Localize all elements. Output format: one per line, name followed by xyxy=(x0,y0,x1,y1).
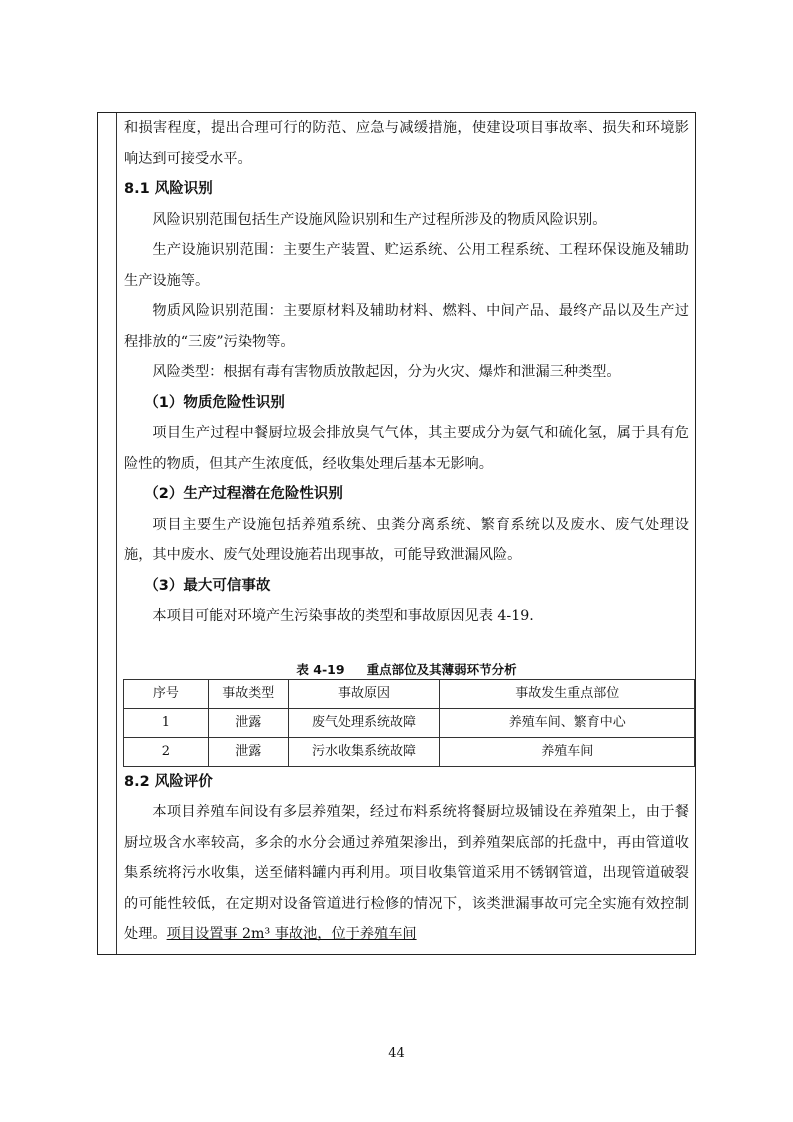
subheading-material-hazard: （1）物质危险性识别 xyxy=(124,388,689,419)
paragraph: 风险类型：根据有毒有害物质放散起因，分为火灾、爆炸和泄漏三种类型。 xyxy=(124,357,689,388)
subheading-process-hazard: （2）生产过程潜在危险性识别 xyxy=(124,479,689,510)
table-cell: 2 xyxy=(124,737,209,766)
left-column-divider xyxy=(116,113,117,954)
paragraph: 物质风险识别范围：主要原材料及辅助材料、燃料、中间产品、最终产品以及生产过程排放… xyxy=(124,296,689,357)
table-cell: 1 xyxy=(124,708,209,737)
section-heading-8-2: 8.2 风险评价 xyxy=(124,767,689,798)
table-cell: 废气处理系统故障 xyxy=(288,708,440,737)
table-caption: 表 4-19重点部位及其薄弱环节分析 xyxy=(124,661,689,679)
paragraph: 项目生产过程中餐厨垃圾会排放臭气气体，其主要成分为氨气和硫化氢，属于具有危险性的… xyxy=(124,418,689,479)
table-cell: 泄露 xyxy=(208,737,288,766)
table-cell: 养殖车间、繁育中心 xyxy=(440,708,695,737)
content-frame: 和损害程度，提出合理可行的防范、应急与减缓措施，使建设项目事故率、损失和环境影响… xyxy=(97,112,696,955)
table-header-cell: 事故类型 xyxy=(208,679,288,708)
paragraph: 本项目养殖车间设有多层养殖架，经过布料系统将餐厨垃圾铺设在养殖架上，由于餐厨垃圾… xyxy=(124,797,689,950)
table-header-cell: 序号 xyxy=(124,679,209,708)
subheading-max-credible-accident: （3）最大可信事故 xyxy=(124,571,689,602)
risk-eval-text: 本项目养殖车间设有多层养殖架，经过布料系统将餐厨垃圾铺设在养殖架上，由于餐厨垃圾… xyxy=(124,804,689,942)
page-number: 44 xyxy=(0,1046,793,1061)
underlined-emergency-pool-text: 项目设置事 2m³ 事故池，位于养殖车间 xyxy=(167,926,417,942)
paragraph: 风险识别范围包括生产设施风险识别和生产过程所涉及的物质风险识别。 xyxy=(124,205,689,236)
table-row: 1 泄露 废气处理系统故障 养殖车间、繁育中心 xyxy=(124,708,695,737)
table-header-cell: 事故原因 xyxy=(288,679,440,708)
paragraph: 项目主要生产设施包括养殖系统、虫粪分离系统、繁育系统以及废水、废气处理设施，其中… xyxy=(124,510,689,571)
page-content: 和损害程度，提出合理可行的防范、应急与减缓措施，使建设项目事故率、损失和环境影响… xyxy=(124,113,689,950)
section-heading-8-1: 8.1 风险识别 xyxy=(124,174,689,205)
table-header-cell: 事故发生重点部位 xyxy=(440,679,695,708)
paragraph: 生产设施识别范围：主要生产装置、贮运系统、公用工程系统、工程环保设施及辅助生产设… xyxy=(124,235,689,296)
table-header-row: 序号 事故类型 事故原因 事故发生重点部位 xyxy=(124,679,695,708)
paragraph: 本项目可能对环境产生污染事故的类型和事故原因见表 4-19. xyxy=(124,601,689,632)
table-cell: 养殖车间 xyxy=(440,737,695,766)
table-cell: 污水收集系统故障 xyxy=(288,737,440,766)
table-caption-number: 表 4-19 xyxy=(296,662,344,677)
risk-analysis-table: 序号 事故类型 事故原因 事故发生重点部位 1 泄露 废气处理系统故障 养殖车间… xyxy=(123,679,695,767)
intro-paragraph: 和损害程度，提出合理可行的防范、应急与减缓措施，使建设项目事故率、损失和环境影响… xyxy=(124,113,689,174)
table-row: 2 泄露 污水收集系统故障 养殖车间 xyxy=(124,737,695,766)
table-caption-title: 重点部位及其薄弱环节分析 xyxy=(367,662,517,677)
table-cell: 泄露 xyxy=(208,708,288,737)
